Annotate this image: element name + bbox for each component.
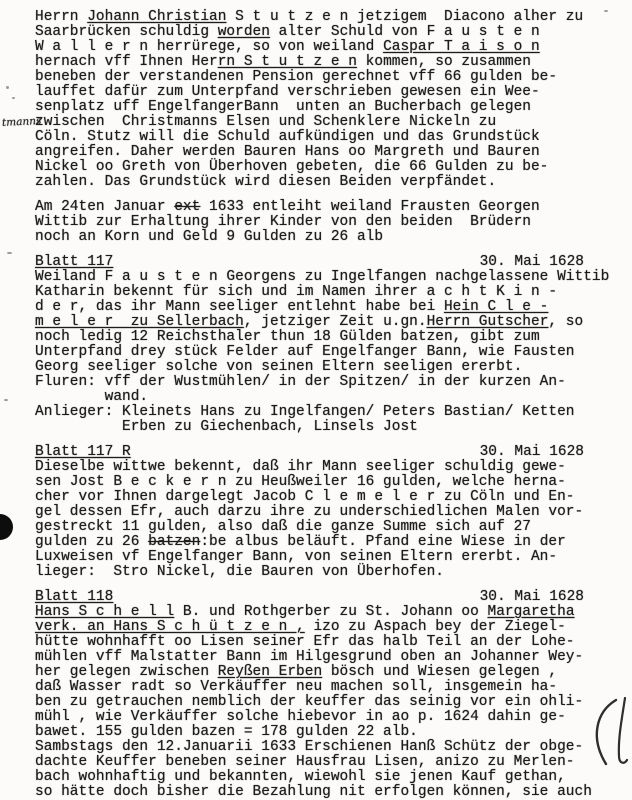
text-segment: angreifen. Daher werden Bauren Hans oo M… xyxy=(35,144,540,160)
section-title: Blatt 118 xyxy=(35,590,113,605)
document-page: Herrn Johann Christian S t u t z e n jet… xyxy=(0,0,632,800)
text-segment: ben zu getrauchen nemblich der keuffer d… xyxy=(35,694,583,710)
text-segment: Johann Christian xyxy=(87,9,226,25)
section-heading: Blatt 11730. Mai 1628 xyxy=(35,255,612,270)
text-line: dachte Keuffer beneben seiner Hausfrau L… xyxy=(35,755,612,770)
text-segment: Caspar T a i s o n xyxy=(383,39,540,55)
text-line: bach wohnhaftig und bekannten, wiewohl s… xyxy=(35,770,612,785)
text-segment: gel dessen Efr, auch darzu ihre zu under… xyxy=(35,504,583,520)
text-line: verk. an Hans S c h ü t z e n , izo zu A… xyxy=(35,620,612,635)
text-segment: Saarbrücken schuldig xyxy=(35,24,218,40)
text-segment: d e r, das ihr Mann seeliger entlehnt ha… xyxy=(35,299,444,315)
document-section: Am 24ten Januar ext 1633 entleiht weilan… xyxy=(35,200,612,245)
text-line: Erben zu Giechenbach, Linsels Jost xyxy=(35,420,612,435)
text-segment: hütte wohnhafft oo Lisen seiner Efr das … xyxy=(35,634,575,650)
text-line: Katharin bekennt für sich und im Namen i… xyxy=(35,285,612,300)
text-segment: , so xyxy=(548,314,583,330)
text-segment: Hans S c h e l l xyxy=(35,604,174,620)
text-line: W a l l e r n herrürege, so von weiland … xyxy=(35,40,612,55)
text-line: Luxweisen vf Engelfanger Bann, von seine… xyxy=(35,550,612,565)
text-segment: Weiland F a u s t e n Georgens zu Ingelf… xyxy=(35,269,609,285)
section-title: Blatt 117 R xyxy=(35,445,131,460)
text-line: Wittib zur Erhaltung ihrer Kinder von de… xyxy=(35,215,612,230)
text-line: angreifen. Daher werden Bauren Hans oo M… xyxy=(35,145,612,160)
text-segment: kommen, so zusammen xyxy=(357,54,531,70)
text-line: hütte wohnhafft oo Lisen seiner Efr das … xyxy=(35,635,612,650)
text-segment: :be albus beläuft. Pfand eine Wiese in d… xyxy=(200,534,565,550)
text-segment: Nickel oo Greth von Überhoven gebeten, d… xyxy=(35,159,548,175)
document-section: Blatt 11730. Mai 1628Weiland F a u s t e… xyxy=(35,255,612,435)
margin-note-handwritten: tmanns xyxy=(2,115,42,129)
text-line: beneben der verstandenen Pension gerechn… xyxy=(35,70,612,85)
text-line: lauffet dafür zum Unterpfand verschriebe… xyxy=(35,85,612,100)
text-segment: Unterpfand drey stück Felder auf Engelfa… xyxy=(35,344,575,360)
text-segment: S t u t z e n jetzigem Diacono alher zu xyxy=(226,9,583,25)
text-segment: , jetziger Zeit u.gn. xyxy=(244,314,427,330)
text-segment: Hein C l e - xyxy=(444,299,548,315)
text-line: Unterpfand drey stück Felder auf Engelfa… xyxy=(35,345,612,360)
scan-speck xyxy=(604,10,608,12)
text-line: gel dessen Efr, auch darzu ihre zu under… xyxy=(35,505,612,520)
text-segment: lieger: Stro Nickel, die Bauren von Über… xyxy=(35,564,444,580)
text-segment: Sambstags den 12.Januarii 1633 Erschiene… xyxy=(35,739,583,755)
text-line: zwischen Christmanns Elsen und Schenkler… xyxy=(35,115,612,130)
text-segment: lauffet dafür zum Unterpfand verschriebe… xyxy=(35,84,540,100)
text-segment: sen Jost B e c k e r n zu Heußweiler 16 … xyxy=(35,474,566,490)
text-line: gestreckt 11 gulden, also daß die ganze … xyxy=(35,520,612,535)
text-line: her gelegen zwischen Reyßen Erben bösch … xyxy=(35,665,612,680)
text-segment: zwischen Christmanns Elsen und Schenkler… xyxy=(35,114,496,130)
text-line: Saarbrücken schuldig worden alter Schuld… xyxy=(35,25,612,40)
text-line: Fluren: vff der Wustmühlen/ in der Spitz… xyxy=(35,375,612,390)
text-segment: Cöln. Stutz will die Schuld aufkündigen … xyxy=(35,129,540,145)
text-segment: gulden zu 26 xyxy=(35,534,148,550)
scan-speck xyxy=(4,399,8,401)
section-date: 30. Mai 1628 xyxy=(480,255,584,270)
text-line: Georg seeliger solche von seinen Eltern … xyxy=(35,360,612,375)
text-segment: so hätte doch bisher die Bezahlung nit e… xyxy=(35,784,592,800)
text-segment: mühlen vff Malstatter Bann im Hilgesgrun… xyxy=(35,649,583,665)
document-sections: Herrn Johann Christian S t u t z e n jet… xyxy=(35,10,612,800)
text-line: lieger: Stro Nickel, die Bauren von Über… xyxy=(35,565,612,580)
text-segment: Wittib zur Erhaltung ihrer Kinder von de… xyxy=(35,214,531,230)
section-heading: Blatt 11830. Mai 1628 xyxy=(35,590,612,605)
section-heading: Blatt 117 R30. Mai 1628 xyxy=(35,445,612,460)
document-section: Blatt 117 R30. Mai 1628Dieselbe wittwe b… xyxy=(35,445,612,580)
text-line: Cöln. Stutz will die Schuld aufkündigen … xyxy=(35,130,612,145)
text-line: noch ledig 12 Reichsthaler thun 18 Gülde… xyxy=(35,330,612,345)
text-line: Weiland F a u s t e n Georgens zu Ingelf… xyxy=(35,270,612,285)
text-line: m e l e r zu Sellerbach, jetziger Zeit u… xyxy=(35,315,612,330)
text-segment: 1633 entleiht weiland Frausten Georgen xyxy=(200,199,539,215)
text-segment: Katharin bekennt für sich und im Namen i… xyxy=(35,284,557,300)
text-segment: bawet. 155 gulden bazen = 178 gulden 22 … xyxy=(35,724,418,740)
text-segment: verk. an Hans S c h ü t z e n , xyxy=(35,619,305,635)
text-line: daß Wasser radt so Verkäuffer neu machen… xyxy=(35,680,612,695)
text-segment: Herrn Gutscher xyxy=(427,314,549,330)
text-segment: zahlen. Das Grundstück wird diesen Beide… xyxy=(35,174,496,190)
text-line: wand. xyxy=(35,390,612,405)
text-line: Am 24ten Januar ext 1633 entleiht weilan… xyxy=(35,200,612,215)
text-segment: Reyßen Erben xyxy=(218,664,322,680)
punch-hole xyxy=(0,514,13,540)
text-segment: her gelegen zwischen xyxy=(35,664,218,680)
text-segment: noch ledig 12 Reichsthaler thun 18 Gülde… xyxy=(35,329,540,345)
document-section: Blatt 11830. Mai 1628Hans S c h e l l B.… xyxy=(35,590,612,800)
text-segment: Margaretha xyxy=(488,604,575,620)
text-segment: bach wohnhaftig und bekannten, wiewohl s… xyxy=(35,769,566,785)
text-segment: worden xyxy=(218,24,270,40)
text-line: mühl , wie Verkäuffer solche hiebevor in… xyxy=(35,710,612,725)
text-segment: W a l l e r n herrürege, so von weiland xyxy=(35,39,383,55)
text-segment: senplatz uff EngelfangerBann unten an Bu… xyxy=(35,99,531,115)
text-segment: B. und Rothgerber zu St. Johann oo xyxy=(174,604,487,620)
text-segment: Fluren: vff der Wustmühlen/ in der Spitz… xyxy=(35,374,566,390)
text-segment: mühl , wie Verkäuffer solche hiebevor in… xyxy=(35,709,566,725)
text-segment: Am 24ten Januar xyxy=(35,199,174,215)
scan-speck xyxy=(7,252,12,254)
text-line: bawet. 155 gulden bazen = 178 gulden 22 … xyxy=(35,725,612,740)
text-line: Anlieger: Kleinets Hans zu Ingelfangen/ … xyxy=(35,405,612,420)
text-line: gulden zu 26 batzen:be albus beläuft. Pf… xyxy=(35,535,612,550)
text-line: noch an Korn und Geld 9 Gulden zu 26 alb xyxy=(35,230,612,245)
scan-speck xyxy=(6,86,9,89)
text-segment: alter Schuld von F a u s t e n xyxy=(270,24,540,40)
text-segment: bösch und Wiesen gelegen , xyxy=(322,664,557,680)
text-segment: noch an Korn und Geld 9 Gulden zu 26 alb xyxy=(35,229,383,245)
text-line: Sambstags den 12.Januarii 1633 Erschiene… xyxy=(35,740,612,755)
section-date: 30. Mai 1628 xyxy=(480,590,584,605)
section-date: 30. Mai 1628 xyxy=(480,445,584,460)
text-line: ben zu getrauchen nemblich der keuffer d… xyxy=(35,695,612,710)
text-segment: wand. xyxy=(35,389,148,405)
document-section: Herrn Johann Christian S t u t z e n jet… xyxy=(35,10,612,190)
text-segment: Luxweisen vf Engelfanger Bann, von seine… xyxy=(35,549,557,565)
text-line: Hans S c h e l l B. und Rothgerber zu St… xyxy=(35,605,612,620)
text-line: hernach vff Ihnen Herrn S t u t z e n ko… xyxy=(35,55,612,70)
text-segment: ext xyxy=(174,199,200,215)
text-line: d e r, das ihr Mann seeliger entlehnt ha… xyxy=(35,300,612,315)
text-line: sen Jost B e c k e r n zu Heußweiler 16 … xyxy=(35,475,612,490)
text-segment: batzen xyxy=(148,534,200,550)
text-segment: Dieselbe wittwe bekennt, daß ihr Mann se… xyxy=(35,459,566,475)
scan-speck xyxy=(12,97,15,99)
text-segment: gestreckt 11 gulden, also daß die ganze … xyxy=(35,519,531,535)
text-line: zahlen. Das Grundstück wird diesen Beide… xyxy=(35,175,612,190)
text-line: so hätte doch bisher die Bezahlung nit e… xyxy=(35,785,612,800)
text-segment: hernach vff Ihnen Her xyxy=(35,54,218,70)
text-segment: daß Wasser radt so Verkäuffer neu machen… xyxy=(35,679,557,695)
text-segment: Georg seeliger solche von seinen Eltern … xyxy=(35,359,522,375)
text-segment: m e l e r zu Sellerbach xyxy=(35,314,244,330)
text-segment: izo zu Aspach bey der Ziegel- xyxy=(305,619,566,635)
text-line: Nickel oo Greth von Überhoven gebeten, d… xyxy=(35,160,612,175)
text-line: senplatz uff EngelfangerBann unten an Bu… xyxy=(35,100,612,115)
text-line: cher vor Ihnen dargelegt Jacob C l e m e… xyxy=(35,490,612,505)
text-segment: rn S t u t z e n xyxy=(218,54,357,70)
text-segment: dachte Keuffer beneben seiner Hausfrau L… xyxy=(35,754,575,770)
text-segment: Erben zu Giechenbach, Linsels Jost xyxy=(35,419,418,435)
text-line: mühlen vff Malstatter Bann im Hilgesgrun… xyxy=(35,650,612,665)
text-segment: beneben der verstandenen Pension gerechn… xyxy=(35,69,557,85)
handwritten-mark xyxy=(580,692,630,772)
section-title: Blatt 117 xyxy=(35,255,113,270)
text-segment: Herrn xyxy=(35,9,87,25)
text-segment: Anlieger: Kleinets Hans zu Ingelfangen/ … xyxy=(35,404,575,420)
text-line: Herrn Johann Christian S t u t z e n jet… xyxy=(35,10,612,25)
text-line: Dieselbe wittwe bekennt, daß ihr Mann se… xyxy=(35,460,612,475)
text-segment: cher vor Ihnen dargelegt Jacob C l e m e… xyxy=(35,489,575,505)
